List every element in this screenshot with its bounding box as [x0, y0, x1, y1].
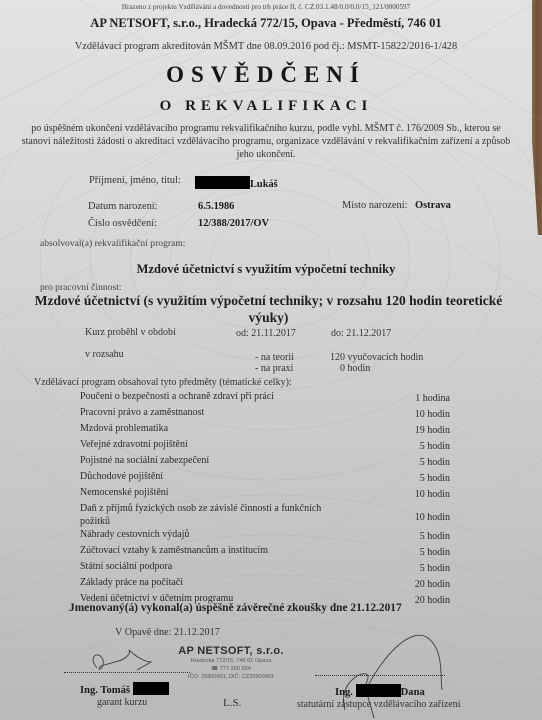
- exam-statement: Jmenovaný(á) vykonal(a) úspěšně závěrečn…: [69, 602, 402, 614]
- birth-place-value: Ostrava: [415, 200, 451, 211]
- practice-label: - na praxi: [255, 363, 293, 374]
- subject-row: Nemocenské pojištění10 hodin: [80, 486, 450, 502]
- certificate-title: OSVĚDČENÍ: [0, 62, 532, 88]
- course-from: od: 21.11.2017: [236, 328, 296, 339]
- signature-line-right: [315, 675, 445, 676]
- theory-label: - na teorii: [255, 352, 294, 363]
- funding-note: Hrazeno z projektu Vzdělávání a dovednos…: [0, 3, 532, 11]
- stamp-company-name: AP NETSOFT, s.r.o.: [176, 645, 286, 657]
- company-stamp: AP NETSOFT, s.r.o. Hradecká 772/15, 746 …: [176, 645, 286, 681]
- signatory-left-role: garant kurzu: [97, 697, 147, 708]
- place-and-date: V Opavě dne: 21.12.2017: [115, 627, 220, 638]
- subject-row: Poučení o bezpečnosti a ochraně zdraví p…: [80, 390, 450, 406]
- program-name: Mzdové účetnictví s využitím výpočetní t…: [0, 262, 532, 277]
- subject-row: Daň z příjmů fyzických osob ze závislé č…: [80, 502, 450, 528]
- redaction-bar: [133, 682, 169, 695]
- cert-number-label: Číslo osvědčení:: [88, 218, 157, 229]
- subject-row: Státní sociální podpora5 hodin: [80, 560, 450, 576]
- subject-row: Veřejné zdravotní pojištění5 hodin: [80, 438, 450, 454]
- name-label: Příjmení, jméno, titul:: [89, 175, 181, 186]
- stamp-phone: ☎ 777 260 554: [176, 665, 286, 673]
- subjects-label: Vzdělávací program obsahoval tyto předmě…: [34, 377, 292, 388]
- birth-place-label: Místo narození:: [342, 200, 408, 211]
- occupation-value: Mzdové účetnictví (s využitím výpočetní …: [25, 292, 512, 326]
- subject-row: Náhrady cestovních výdajů5 hodin: [80, 528, 450, 544]
- course-period-label: Kurz proběhl v období: [85, 327, 176, 338]
- name-value: Lukáš: [195, 174, 278, 192]
- signature-left-icon: [85, 648, 165, 678]
- subject-row: Zúčtovací vztahy k zaměstnancům a instit…: [80, 544, 450, 560]
- redaction-bar: [356, 684, 401, 697]
- signature-line-left: [64, 672, 190, 673]
- stamp-ids: IČO: 25900901, DIČ: CZ25900901: [176, 673, 286, 681]
- subjects-list: Poučení o bezpečnosti a ochraně zdraví p…: [80, 390, 450, 608]
- theory-value: 120 vyučovacích hodin: [330, 352, 423, 363]
- course-to: do: 21.12.2017: [331, 328, 391, 339]
- subject-row: Mzdová problematika19 hodin: [80, 422, 450, 438]
- birth-date-value: 6.5.1986: [198, 201, 234, 212]
- locus-sigilli: L.S.: [223, 697, 241, 709]
- certificate-document: Hrazeno z projektu Vzdělávání a dovednos…: [0, 0, 542, 720]
- subject-row: Základy práce na počítači20 hodin: [80, 576, 450, 592]
- signatory-right-name: Ing. Dana: [335, 684, 425, 698]
- subject-row: Pojistné na sociální zabezpečení5 hodin: [80, 454, 450, 470]
- stamp-address: Hradecká 772/15, 746 01 Opava: [176, 657, 286, 665]
- first-name: Lukáš: [250, 179, 278, 190]
- completed-program-label: absolvoval(a) rekvalifikační program:: [40, 238, 185, 249]
- practice-value: 0 hodin: [340, 363, 370, 374]
- birth-date-label: Datum narození:: [88, 201, 158, 212]
- signatory-left-name: Ing. Tomáš: [80, 682, 169, 696]
- signatory-right-role: statutární zástupce vzdělávacího zařízen…: [297, 699, 461, 710]
- subject-row: Pracovní právo a zaměstnanost10 hodin: [80, 406, 450, 422]
- cert-number-value: 12/388/2017/OV: [198, 218, 269, 229]
- intro-paragraph: po úspěšném ukončení vzdělávacího progra…: [20, 122, 512, 161]
- accreditation-note: Vzdělávací program akreditován MŠMT dne …: [0, 41, 532, 52]
- redaction-bar: [195, 176, 250, 189]
- certificate-subtitle: O REKVALIFIKACI: [0, 98, 532, 115]
- issuer-company-line: AP NETSOFT, s.r.o., Hradecká 772/15, Opa…: [0, 16, 532, 31]
- scope-label: v rozsahu: [85, 349, 124, 360]
- subject-row: Důchodové pojištění5 hodin: [80, 470, 450, 486]
